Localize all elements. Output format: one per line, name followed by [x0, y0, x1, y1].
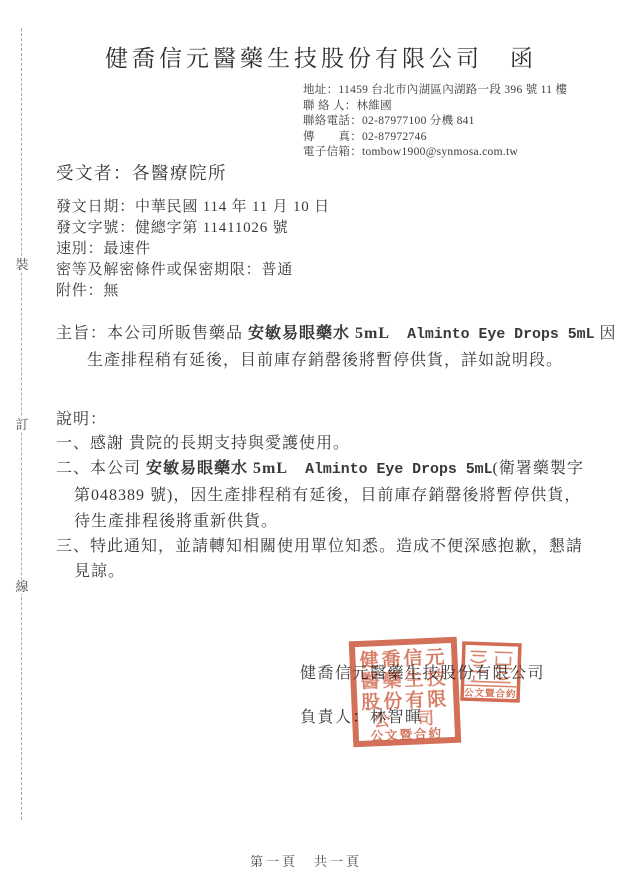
svg-text:公文暨合約: 公文暨合約 — [464, 687, 517, 701]
binding-mark-zhuang: 裝 — [15, 258, 29, 272]
contact-fax: 傳 真：02-87972746 — [303, 130, 567, 146]
page-number-footer: 第一頁 共一頁 — [0, 851, 612, 870]
meta-block: 發文日期：中華民國 114 年 11 月 10 日 發文字號：健總字第 1141… — [56, 197, 330, 302]
item-text: 特此通知，並請轉知相關使用單位知悉。造成不便深感抱歉，懇請見諒。 — [74, 538, 583, 580]
official-letter-page: 裝 訂 線 健喬信元醫藥生技股份有限公司 函 地址：11459 台北市內湖區內湖… — [0, 0, 642, 888]
subject-paragraph: 主旨：本公司所販售藥品 安敏易眼藥水 5mL Alminto Eye Drops… — [56, 321, 627, 373]
attachment-line: 附件：無 — [56, 281, 330, 302]
item-number: 一、 — [56, 435, 90, 452]
contact-email: 電子信箱：tombow1900@synmosa.com.tw — [303, 145, 567, 161]
contact-block: 地址：11459 台北市內湖區內湖路一段 396 號 11 樓 聯 絡 人：林維… — [303, 83, 567, 161]
item-text: 感謝 貴院的長期支持與愛護使用。 — [90, 435, 350, 452]
doc-number-line: 發文字號：健總字第 11411026 號 — [56, 218, 330, 239]
item-text: 本公司 安敏易眼藥水 5mL Alminto Eye Drops 5mL(衛署藥… — [74, 460, 584, 529]
contact-person: 聯 絡 人：林維國 — [303, 99, 567, 115]
subject-label: 主旨： — [56, 325, 107, 342]
contact-phone: 聯絡電話：02-87977100 分機 841 — [303, 114, 567, 130]
document-title: 健喬信元醫藥生技股份有限公司 函 — [0, 40, 642, 73]
recipient-line: 受文者：各醫療院所 — [56, 160, 227, 185]
contract-seal-stamp-icon: 公文暨合約 — [460, 641, 522, 703]
explanation-list: 一、感謝 貴院的長期支持與愛護使用。 二、本公司 安敏易眼藥水 5mL Almi… — [56, 431, 597, 584]
binding-mark-xian: 線 — [15, 580, 29, 594]
subject-text: 本公司所販售藥品 安敏易眼藥水 5mL Alminto Eye Drops 5m… — [87, 325, 617, 369]
contract-seal-svg: 公文暨合約 — [460, 641, 522, 703]
issue-date-line: 發文日期：中華民國 114 年 11 月 10 日 — [56, 197, 330, 218]
security-class-line: 密等及解密條件或保密期限：普通 — [56, 260, 330, 281]
binding-mark-ding: 訂 — [15, 418, 29, 432]
company-seal-svg: 健喬信元 醫藥生技 股份有限 公 司 公文暨合約 — [348, 636, 463, 749]
explanation-item-2: 二、本公司 安敏易眼藥水 5mL Alminto Eye Drops 5mL(衛… — [56, 456, 597, 534]
svg-text:公文暨合約: 公文暨合約 — [370, 725, 443, 743]
item-number: 二、 — [56, 460, 90, 477]
speed-class-line: 速別：最速件 — [56, 239, 330, 260]
explanation-item-3: 三、特此通知，並請轉知相關使用單位知悉。造成不便深感抱歉，懇請見諒。 — [56, 534, 597, 584]
company-seal-stamp-icon: 健喬信元 醫藥生技 股份有限 公 司 公文暨合約 — [348, 636, 463, 749]
contact-address: 地址：11459 台北市內湖區內湖路一段 396 號 11 樓 — [303, 83, 567, 99]
item-number: 三、 — [56, 538, 90, 555]
explanation-heading: 說明： — [56, 406, 107, 429]
explanation-item-1: 一、感謝 貴院的長期支持與愛護使用。 — [56, 431, 597, 456]
